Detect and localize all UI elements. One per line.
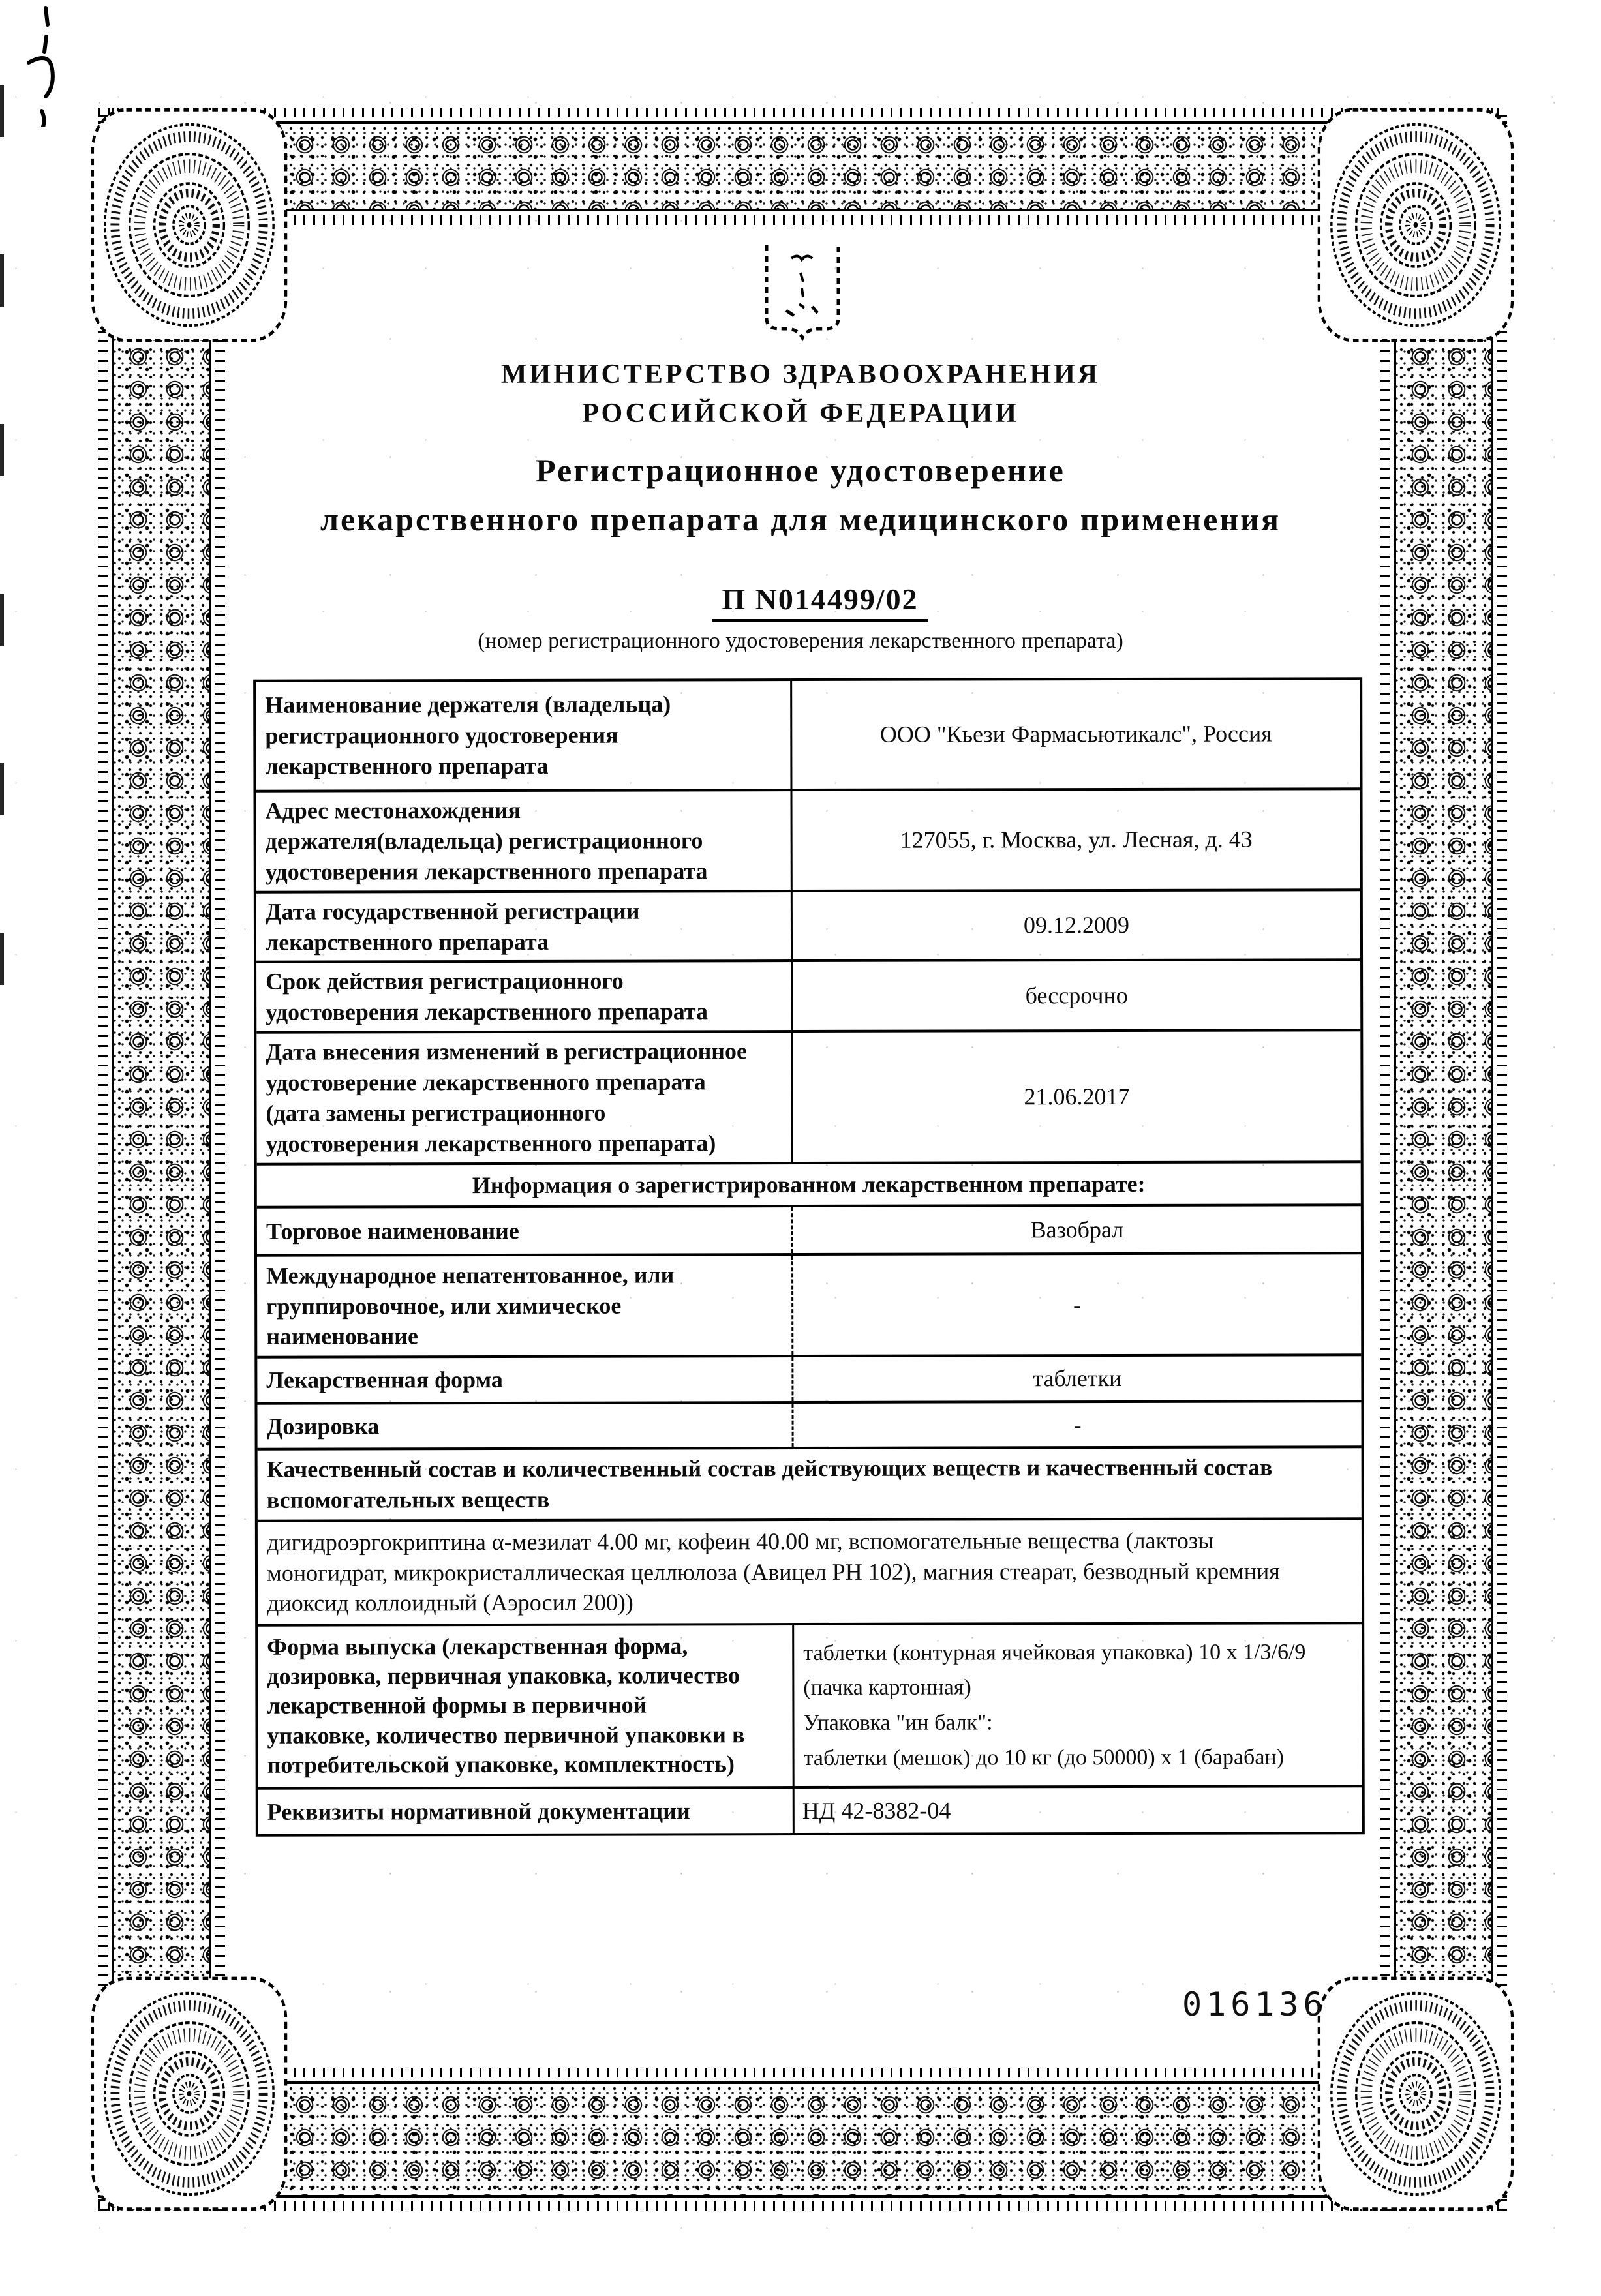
row-value: - — [793, 1402, 1361, 1447]
row-value: таблетки — [793, 1356, 1361, 1401]
table-row-holder-address: Адрес местонахождениядержателя(владельца… — [256, 787, 1360, 891]
table-row-inn-name: Международное непатентованное, илигруппи… — [257, 1252, 1361, 1356]
row-label: Реквизиты нормативной документации — [258, 1789, 795, 1834]
row-label: Дата государственной регистрациилекарств… — [256, 892, 793, 961]
row-label: Торговое наименование — [257, 1207, 793, 1254]
ministry-name: МИНИСТЕРСТВО ЗДРАВООХРАНЕНИЯРОССИЙСКОЙ Ф… — [0, 355, 1601, 433]
blank-serial-number: 016136 — [1182, 1986, 1328, 2023]
row-value: 21.06.2017 — [793, 1031, 1360, 1162]
table-row-composition-text: дигидроэргокриптина α-мезилат 4.00 мг, к… — [258, 1517, 1362, 1624]
row-label: Наименование держателя (владельца)регист… — [256, 681, 792, 790]
table-row-holder-name: Наименование держателя (владельца)регист… — [256, 680, 1360, 790]
registration-number: П N014499/02 — [712, 582, 927, 622]
row-value: - — [793, 1254, 1361, 1355]
border-lace-bottom — [98, 2068, 1507, 2211]
registration-details-table: Наименование держателя (владельца)регист… — [253, 677, 1365, 1837]
coat-of-arms-emblem — [761, 243, 844, 346]
row-label: Дата внесения изменений в регистрационно… — [256, 1033, 793, 1163]
row-value: 127055, г. Москва, ул. Лесная, д. 43 — [793, 790, 1360, 890]
border-corner-medallion-bottom-right — [1315, 1973, 1517, 2214]
registration-number-caption: (номер регистрационного удостоверения ле… — [0, 629, 1601, 654]
table-row-dosage: Дозировка - — [257, 1400, 1361, 1448]
document-header: МИНИСТЕРСТВО ЗДРАВООХРАНЕНИЯРОССИЙСКОЙ Ф… — [0, 355, 1601, 654]
row-label: Срок действия регистрационногоудостовере… — [256, 962, 793, 1031]
table-section-header-drug-info: Информация о зарегистрированном лекарств… — [257, 1160, 1361, 1206]
table-section-header-composition: Качественный состав и количественный сос… — [258, 1445, 1362, 1520]
border-lace-top — [98, 108, 1507, 225]
row-value: ООО "Кьези Фармасьютикалс", Россия — [792, 680, 1360, 789]
border-corner-medallion-bottom-left — [88, 1973, 290, 2214]
row-value: таблетки (контурная ячейковая упаковка) … — [794, 1624, 1362, 1786]
row-value: 09.12.2009 — [793, 891, 1360, 959]
table-row-release-form: Форма выпуска (лекарственная форма,дозир… — [258, 1622, 1362, 1787]
border-corner-medallion-top-left — [88, 104, 290, 346]
row-label: Международное непатентованное, илигруппи… — [257, 1256, 793, 1356]
table-row-normative-docs: Реквизиты нормативной документации НД 42… — [258, 1785, 1362, 1834]
table-row-dosage-form: Лекарственная форма таблетки — [257, 1353, 1361, 1402]
table-row-registration-date: Дата государственной регистрациилекарств… — [256, 888, 1360, 961]
row-label: Форма выпуска (лекарственная форма,дозир… — [258, 1625, 795, 1787]
table-row-validity-period: Срок действия регистрационногоудостовере… — [256, 958, 1360, 1031]
row-value: Вазобрал — [793, 1206, 1361, 1253]
handwritten-pen-mark — [12, 3, 77, 127]
table-row-amendment-date: Дата внесения изменений в регистрационно… — [256, 1029, 1360, 1163]
row-label: Дозировка — [257, 1404, 793, 1448]
document-title: Регистрационное удостоверениелекарственн… — [0, 446, 1601, 544]
scanned-registration-certificate: МИНИСТЕРСТВО ЗДРАВООХРАНЕНИЯРОССИЙСКОЙ Ф… — [0, 0, 1601, 2296]
row-label: Адрес местонахождениядержателя(владельца… — [256, 791, 793, 891]
row-value: НД 42-8382-04 — [795, 1787, 1362, 1833]
table-row-trade-name: Торговое наименование Вазобрал — [257, 1203, 1361, 1254]
border-corner-medallion-top-right — [1315, 104, 1517, 346]
row-value: бессрочно — [793, 961, 1360, 1030]
row-label: Лекарственная форма — [257, 1357, 793, 1402]
